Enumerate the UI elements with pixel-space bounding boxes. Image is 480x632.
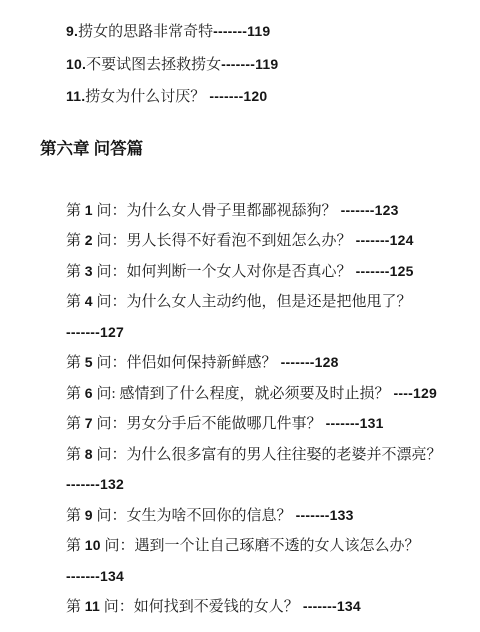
- entry-number: 6: [85, 385, 93, 401]
- entry-label: 问：: [93, 264, 127, 280]
- entry-dashes-page: -------124: [352, 232, 414, 248]
- toc-top-list: 9.捞女的思路非常奇特-------119 10.不要试图去拯救捞女------…: [66, 16, 472, 114]
- document-page: 9.捞女的思路非常奇特-------119 10.不要试图去拯救捞女------…: [0, 0, 480, 632]
- entry-label: 第: [66, 264, 85, 280]
- entry-label: 问：: [93, 294, 127, 310]
- entry-text: 感情到了什么程度，就必须要及时止损？: [119, 386, 389, 402]
- toc-entry: 第 3 问：如何判断一个女人对你是否真心？ -------125: [66, 257, 472, 288]
- entry-label: 第: [66, 386, 85, 402]
- toc-entry: 第 11 问：如何找到不爱钱的女人？ -------134: [66, 592, 472, 623]
- entry-dashes-page: -------131: [322, 415, 384, 431]
- toc-entry: 第 10 问：遇到一个让自己琢磨不透的女人该怎么办？: [66, 531, 472, 562]
- entry-dashes-page: -------134: [299, 598, 361, 614]
- entry-text: 为什么很多富有的男人往往娶的老婆并不漂亮？: [127, 447, 442, 463]
- entry-label: 问：: [93, 508, 127, 524]
- toc-entry-continuation: -------127: [66, 318, 472, 349]
- entry-number: 8: [85, 446, 93, 462]
- entry-text: 为什么女人主动约他，但是还是把他甩了？: [127, 294, 412, 310]
- entry-dashes-page: -------123: [337, 202, 399, 218]
- entry-text: 遇到一个让自己琢磨不透的女人该怎么办？: [135, 538, 420, 554]
- toc-entry-continuation: -------134: [66, 562, 472, 593]
- entry-text: 伴侣如何保持新鲜感？: [127, 355, 277, 371]
- entry-number: 5: [85, 354, 93, 370]
- entry-number: 2: [85, 232, 93, 248]
- entry-dashes-page: -------125: [352, 263, 414, 279]
- entry-label: 第: [66, 233, 85, 249]
- entry-dashes-page: -------133: [292, 507, 354, 523]
- entry-dashes-page: ----129: [389, 385, 437, 401]
- entry-dashes-page: -------120: [205, 88, 267, 104]
- toc-entry-continuation: -------132: [66, 470, 472, 501]
- entry-dashes-page: -------128: [277, 354, 339, 370]
- entry-label: 第: [66, 508, 85, 524]
- question-list: 第 1 问：为什么女人骨子里都鄙视舔狗？ -------123 第 2 问：男人…: [66, 196, 472, 623]
- entry-dashes-page: -------132: [66, 476, 124, 492]
- entry-label: 问：: [100, 599, 134, 615]
- entry-dashes-page: -------134: [66, 568, 124, 584]
- toc-entry: 第 6 问: 感情到了什么程度，就必须要及时止损？ ----129: [66, 379, 472, 410]
- entry-label: 第: [66, 447, 85, 463]
- entry-label: 问：: [93, 416, 127, 432]
- entry-label: 问：: [93, 233, 127, 249]
- entry-label: 问：: [101, 538, 135, 554]
- entry-text: 捞女的思路非常奇特: [78, 24, 213, 40]
- toc-entry: 第 7 问：男女分手后不能做哪几件事？ -------131: [66, 409, 472, 440]
- entry-label: 问：: [93, 447, 127, 463]
- entry-number: 4: [85, 293, 93, 309]
- toc-entry: 11.捞女为什么讨厌？ -------120: [66, 81, 472, 114]
- entry-text: 女生为啥不回你的信息？: [127, 508, 292, 524]
- entry-label: 第: [66, 294, 85, 310]
- entry-label: 第: [66, 538, 85, 554]
- toc-entry: 第 1 问：为什么女人骨子里都鄙视舔狗？ -------123: [66, 196, 472, 227]
- entry-text: 男人长得不好看泡不到妞怎么办？: [127, 233, 352, 249]
- entry-text: 捞女为什么讨厌？: [85, 89, 205, 105]
- entry-label: 第: [66, 355, 85, 371]
- entry-text: 为什么女人骨子里都鄙视舔狗？: [127, 203, 337, 219]
- entry-label: 第: [66, 416, 85, 432]
- toc-entry: 第 2 问：男人长得不好看泡不到妞怎么办？ -------124: [66, 226, 472, 257]
- entry-dashes-page: -------127: [66, 324, 124, 340]
- entry-number: 9.: [66, 23, 78, 39]
- entry-number: 10.: [66, 56, 86, 72]
- toc-entry: 第 9 问：女生为啥不回你的信息？ -------133: [66, 501, 472, 532]
- entry-label: 第: [66, 599, 85, 615]
- entry-label: 第: [66, 203, 85, 219]
- entry-dashes-page: -------119: [213, 23, 270, 39]
- entry-label: 问:: [93, 386, 120, 402]
- entry-number: 9: [85, 507, 93, 523]
- entry-text: 如何判断一个女人对你是否真心？: [127, 264, 352, 280]
- chapter-heading: 第六章 问答篇: [40, 136, 472, 162]
- entry-number: 7: [85, 415, 93, 431]
- entry-text: 不要试图去拯救捞女: [86, 57, 221, 73]
- entry-label: 问：: [93, 355, 127, 371]
- entry-number: 11: [85, 598, 100, 614]
- entry-number: 11.: [66, 88, 85, 104]
- entry-number: 10: [85, 537, 101, 553]
- toc-entry: 9.捞女的思路非常奇特-------119: [66, 16, 472, 49]
- entry-number: 1: [85, 202, 93, 218]
- toc-entry: 10.不要试图去拯救捞女-------119: [66, 49, 472, 82]
- entry-text: 如何找到不爱钱的女人？: [134, 599, 299, 615]
- entry-number: 3: [85, 263, 93, 279]
- entry-dashes-page: -------119: [221, 56, 278, 72]
- toc-entry: 第 5 问：伴侣如何保持新鲜感？ -------128: [66, 348, 472, 379]
- toc-entry: 第 8 问：为什么很多富有的男人往往娶的老婆并不漂亮？: [66, 440, 472, 471]
- entry-text: 男女分手后不能做哪几件事？: [127, 416, 322, 432]
- toc-entry: 第 4 问：为什么女人主动约他，但是还是把他甩了？: [66, 287, 472, 318]
- entry-label: 问：: [93, 203, 127, 219]
